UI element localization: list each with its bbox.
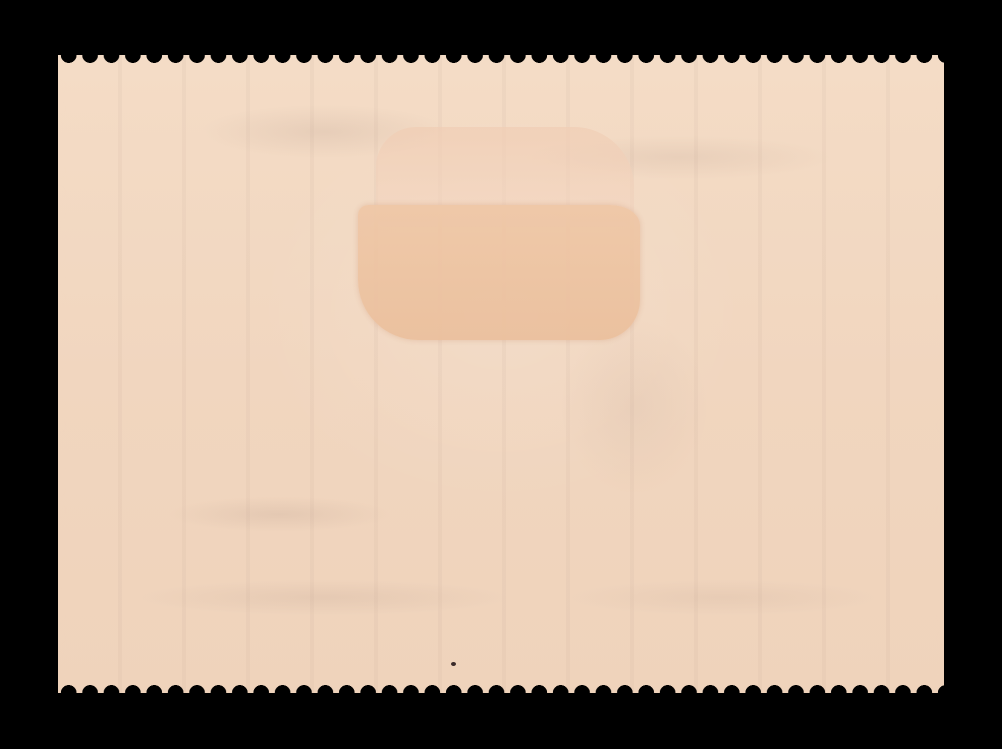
stamp-paper	[58, 55, 944, 693]
stamp-back	[58, 55, 944, 693]
hinge-remnant	[358, 205, 640, 340]
ink-speck	[451, 662, 456, 666]
